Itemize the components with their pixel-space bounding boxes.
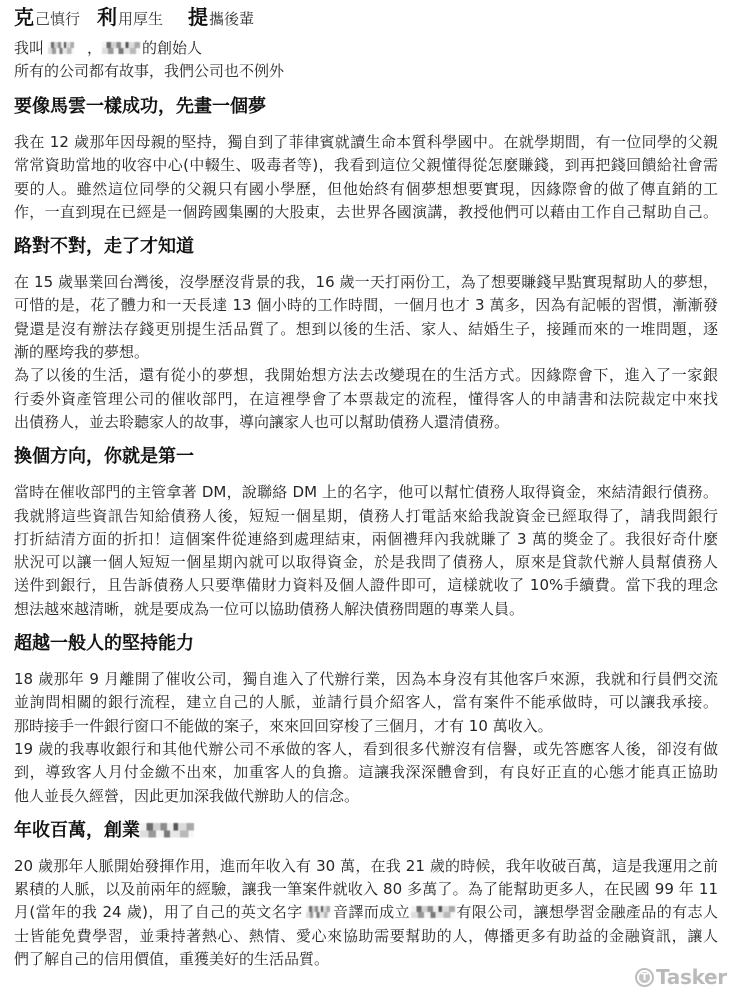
paragraph-line: 並詢問相關的銀行流程，建立自己的人脈，並請行員介紹客人，當有案件不能承做時，可以… bbox=[14, 691, 718, 714]
motto-item: 克 己慎行 bbox=[14, 4, 80, 32]
watermark-text: Tasker bbox=[656, 965, 727, 989]
paragraph-line: 到，導致客人月付金繳不出來，加重客人的負擔。這讓我深深體會到，有良好正直的心態才… bbox=[14, 761, 718, 784]
intro-text: 我叫 bbox=[14, 39, 44, 57]
redacted-english-name bbox=[306, 906, 330, 918]
motto-item: 利 用厚生 bbox=[97, 4, 163, 32]
motto-initial: 利 bbox=[97, 4, 117, 30]
paragraph-line: 我就將這些資訊告知給債務人後，短短一個星期，債務人打電話來給我說資金已經取得了，… bbox=[14, 505, 718, 528]
redacted-company-name bbox=[140, 823, 194, 838]
section-heading: 換個方向，你就是第一 bbox=[14, 445, 718, 469]
paragraph-line: 當時在催收部門的主管拿著 DM，說聯絡 DM 上的名字，他可以幫忙債務人取得資金… bbox=[14, 481, 718, 504]
paragraph-line: 行委外資產管理公司的催收部門，在這裡學會了本票裁定的流程，懂得客人的申請書和法院… bbox=[14, 388, 718, 411]
motto-rest: 己慎行 bbox=[35, 6, 80, 32]
redacted-company-name bbox=[411, 906, 455, 918]
paragraph-line: 士皆能免費學習，並秉持著熱心、熱情、愛心來協助需要幫助的人，傳播更多有助益的金融… bbox=[14, 925, 718, 948]
paragraph-line: 常常資助當地的收容中心(中輟生、吸毒者等)，我看到這位父親懂得從怎麼賺錢，到再把… bbox=[14, 154, 718, 177]
paragraph-line: 19 歲的我專收銀行和其他代辦公司不承做的客人，看到很多代辦沒有信譽，或先答應客… bbox=[14, 738, 718, 761]
paragraph-line: 18 歲那年 9 月離開了催收公司，獨自進入了代辦行業，因為本身沒有其他客戶來源… bbox=[14, 668, 718, 691]
redacted-company-name bbox=[102, 42, 140, 54]
redacted-founder-name bbox=[48, 42, 74, 54]
tasker-watermark: Tasker bbox=[635, 965, 727, 989]
motto-rest: 攜後輩 bbox=[209, 6, 254, 32]
motto-initial: 克 bbox=[14, 4, 34, 30]
intro-line-story: 所有的公司都有故事，我們公司也不例外 bbox=[14, 60, 718, 83]
section-heading: 要像馬雲一樣成功，先畫一個夢 bbox=[14, 95, 718, 119]
section-heading-text: 年收百萬，創業 bbox=[14, 820, 140, 841]
section-dream: 要像馬雲一樣成功，先畫一個夢 我在 12 歲那年因母親的堅持，獨自到了菲律賓就讀… bbox=[14, 95, 718, 224]
paragraph-line: 月(當年的我 24 歲)，用了自己的英文名字音譯而成立有限公司，讓想學習金融產品… bbox=[14, 901, 718, 924]
section-million-startup: 年收百萬，創業 20 歲那年人脈開始發揮作用，進而年收入有 30 萬，在我 21… bbox=[14, 819, 718, 971]
intro-line-founder: 我叫，的創始人 bbox=[14, 37, 718, 60]
paragraph-line: 覺還是沒有辦法存錢更別提生活品質了。想到以後的生活、家人、結婚生子，接踵而來的一… bbox=[14, 318, 718, 341]
paragraph-line: 們了解自己的信用價值，重獲美好的生活品質。 bbox=[14, 948, 718, 971]
motto-initial: 提 bbox=[188, 4, 208, 30]
paragraph-line: 為了以後的生活，還有從小的夢想，我開始想方法去改變現在的生活方式。因緣際會下，進… bbox=[14, 364, 718, 387]
paragraph-line: 漸的壓垮我的夢想。 bbox=[14, 341, 718, 364]
article-body: 要像馬雲一樣成功，先畫一個夢 我在 12 歲那年因母親的堅持，獨自到了菲律賓就讀… bbox=[14, 95, 718, 971]
motto-header: 克 己慎行 利 用厚生 提 攜後輩 bbox=[14, 4, 254, 30]
paragraph-line: 作，一直到現在已經是一個跨國集團的大股東，去世界各國演講，教授他們可以藉由工作自… bbox=[14, 201, 718, 224]
paragraph-line: 可惜的是，花了體力和一天長達 13 個小時的工作時間，一個月也才 3 萬多，因為… bbox=[14, 294, 718, 317]
motto-item: 提 攜後輩 bbox=[188, 4, 254, 32]
tasker-logo-icon bbox=[635, 968, 654, 987]
motto-rest: 用厚生 bbox=[118, 6, 163, 32]
paragraph-text: 有限公司，讓想學習金融產品的有志人 bbox=[456, 903, 718, 921]
section-persistence: 超越一般人的堅持能力 18 歲那年 9 月離開了催收公司，獨自進入了代辦行業，因… bbox=[14, 632, 718, 808]
paragraph-line: 打折結清方面的折扣！這個案件從連絡到處理結束，兩個禮拜內我就賺了 3 萬的獎金了… bbox=[14, 528, 718, 551]
intro-text: ， bbox=[87, 39, 102, 57]
document-page: 克 己慎行 利 用厚生 提 攜後輩 我叫，的創始人 所有的公司都有故事，我們公司… bbox=[0, 0, 744, 1000]
intro: 我叫，的創始人 所有的公司都有故事，我們公司也不例外 bbox=[14, 37, 718, 83]
paragraph-line: 累積的人脈，以及前兩年的經驗，讓我一筆案件就收入 80 多萬了。為了能幫助更多人… bbox=[14, 878, 718, 901]
paragraph-line: 送件到銀行，且告訴債務人只要準備財力資料及個人證件即可，這樣就收了 10%手續費… bbox=[14, 574, 718, 597]
section-heading: 年收百萬，創業 bbox=[14, 819, 718, 843]
paragraph-line: 我在 12 歲那年因母親的堅持，獨自到了菲律賓就讀生命本質科學國中。在就學期間，… bbox=[14, 131, 718, 154]
intro-text: 的創始人 bbox=[142, 39, 202, 57]
paragraph-line: 要的人。雖然這位同學的父親只有國小學歷，但他始終有個夢想想要實現，因緣際會的做了… bbox=[14, 178, 718, 201]
paragraph-line: 那時接手一件銀行窗口不能做的案子，來來回回穿梭了三個月，才有 10 萬收入。 bbox=[14, 715, 718, 738]
section-heading: 路對不對，走了才知道 bbox=[14, 235, 718, 259]
paragraph-line: 狀況可以讓一個人短短一個星期內就可以取得資金，於是我問了債務人，原來是貸款代辦人… bbox=[14, 551, 718, 574]
section-heading: 超越一般人的堅持能力 bbox=[14, 632, 718, 656]
paragraph-line: 出債務人，並去聆聽家人的故事，導向讓家人也可以幫助債務人還清債務。 bbox=[14, 411, 718, 434]
paragraph-line: 在 15 歲畢業回台灣後，沒學歷沒背景的我，16 歲一天打兩份工，為了想要賺錢早… bbox=[14, 271, 718, 294]
section-change-direction: 換個方向，你就是第一 當時在催收部門的主管拿著 DM，說聯絡 DM 上的名字，他… bbox=[14, 445, 718, 621]
paragraph-text: 月(當年的我 24 歲)，用了自己的英文名字 bbox=[14, 903, 303, 921]
paragraph-line: 他人並長久經營，因此更加深我做代辦助人的信念。 bbox=[14, 785, 718, 808]
section-right-path: 路對不對，走了才知道 在 15 歲畢業回台灣後，沒學歷沒背景的我，16 歲一天打… bbox=[14, 235, 718, 434]
paragraph-text: 音譯而成立 bbox=[333, 903, 410, 921]
paragraph-line: 20 歲那年人脈開始發揮作用，進而年收入有 30 萬，在我 21 歲的時候，我年… bbox=[14, 855, 718, 878]
paragraph-line: 想法越來越清晰，就是要成為一位可以協助債務人解決債務問題的專業人員。 bbox=[14, 598, 718, 621]
